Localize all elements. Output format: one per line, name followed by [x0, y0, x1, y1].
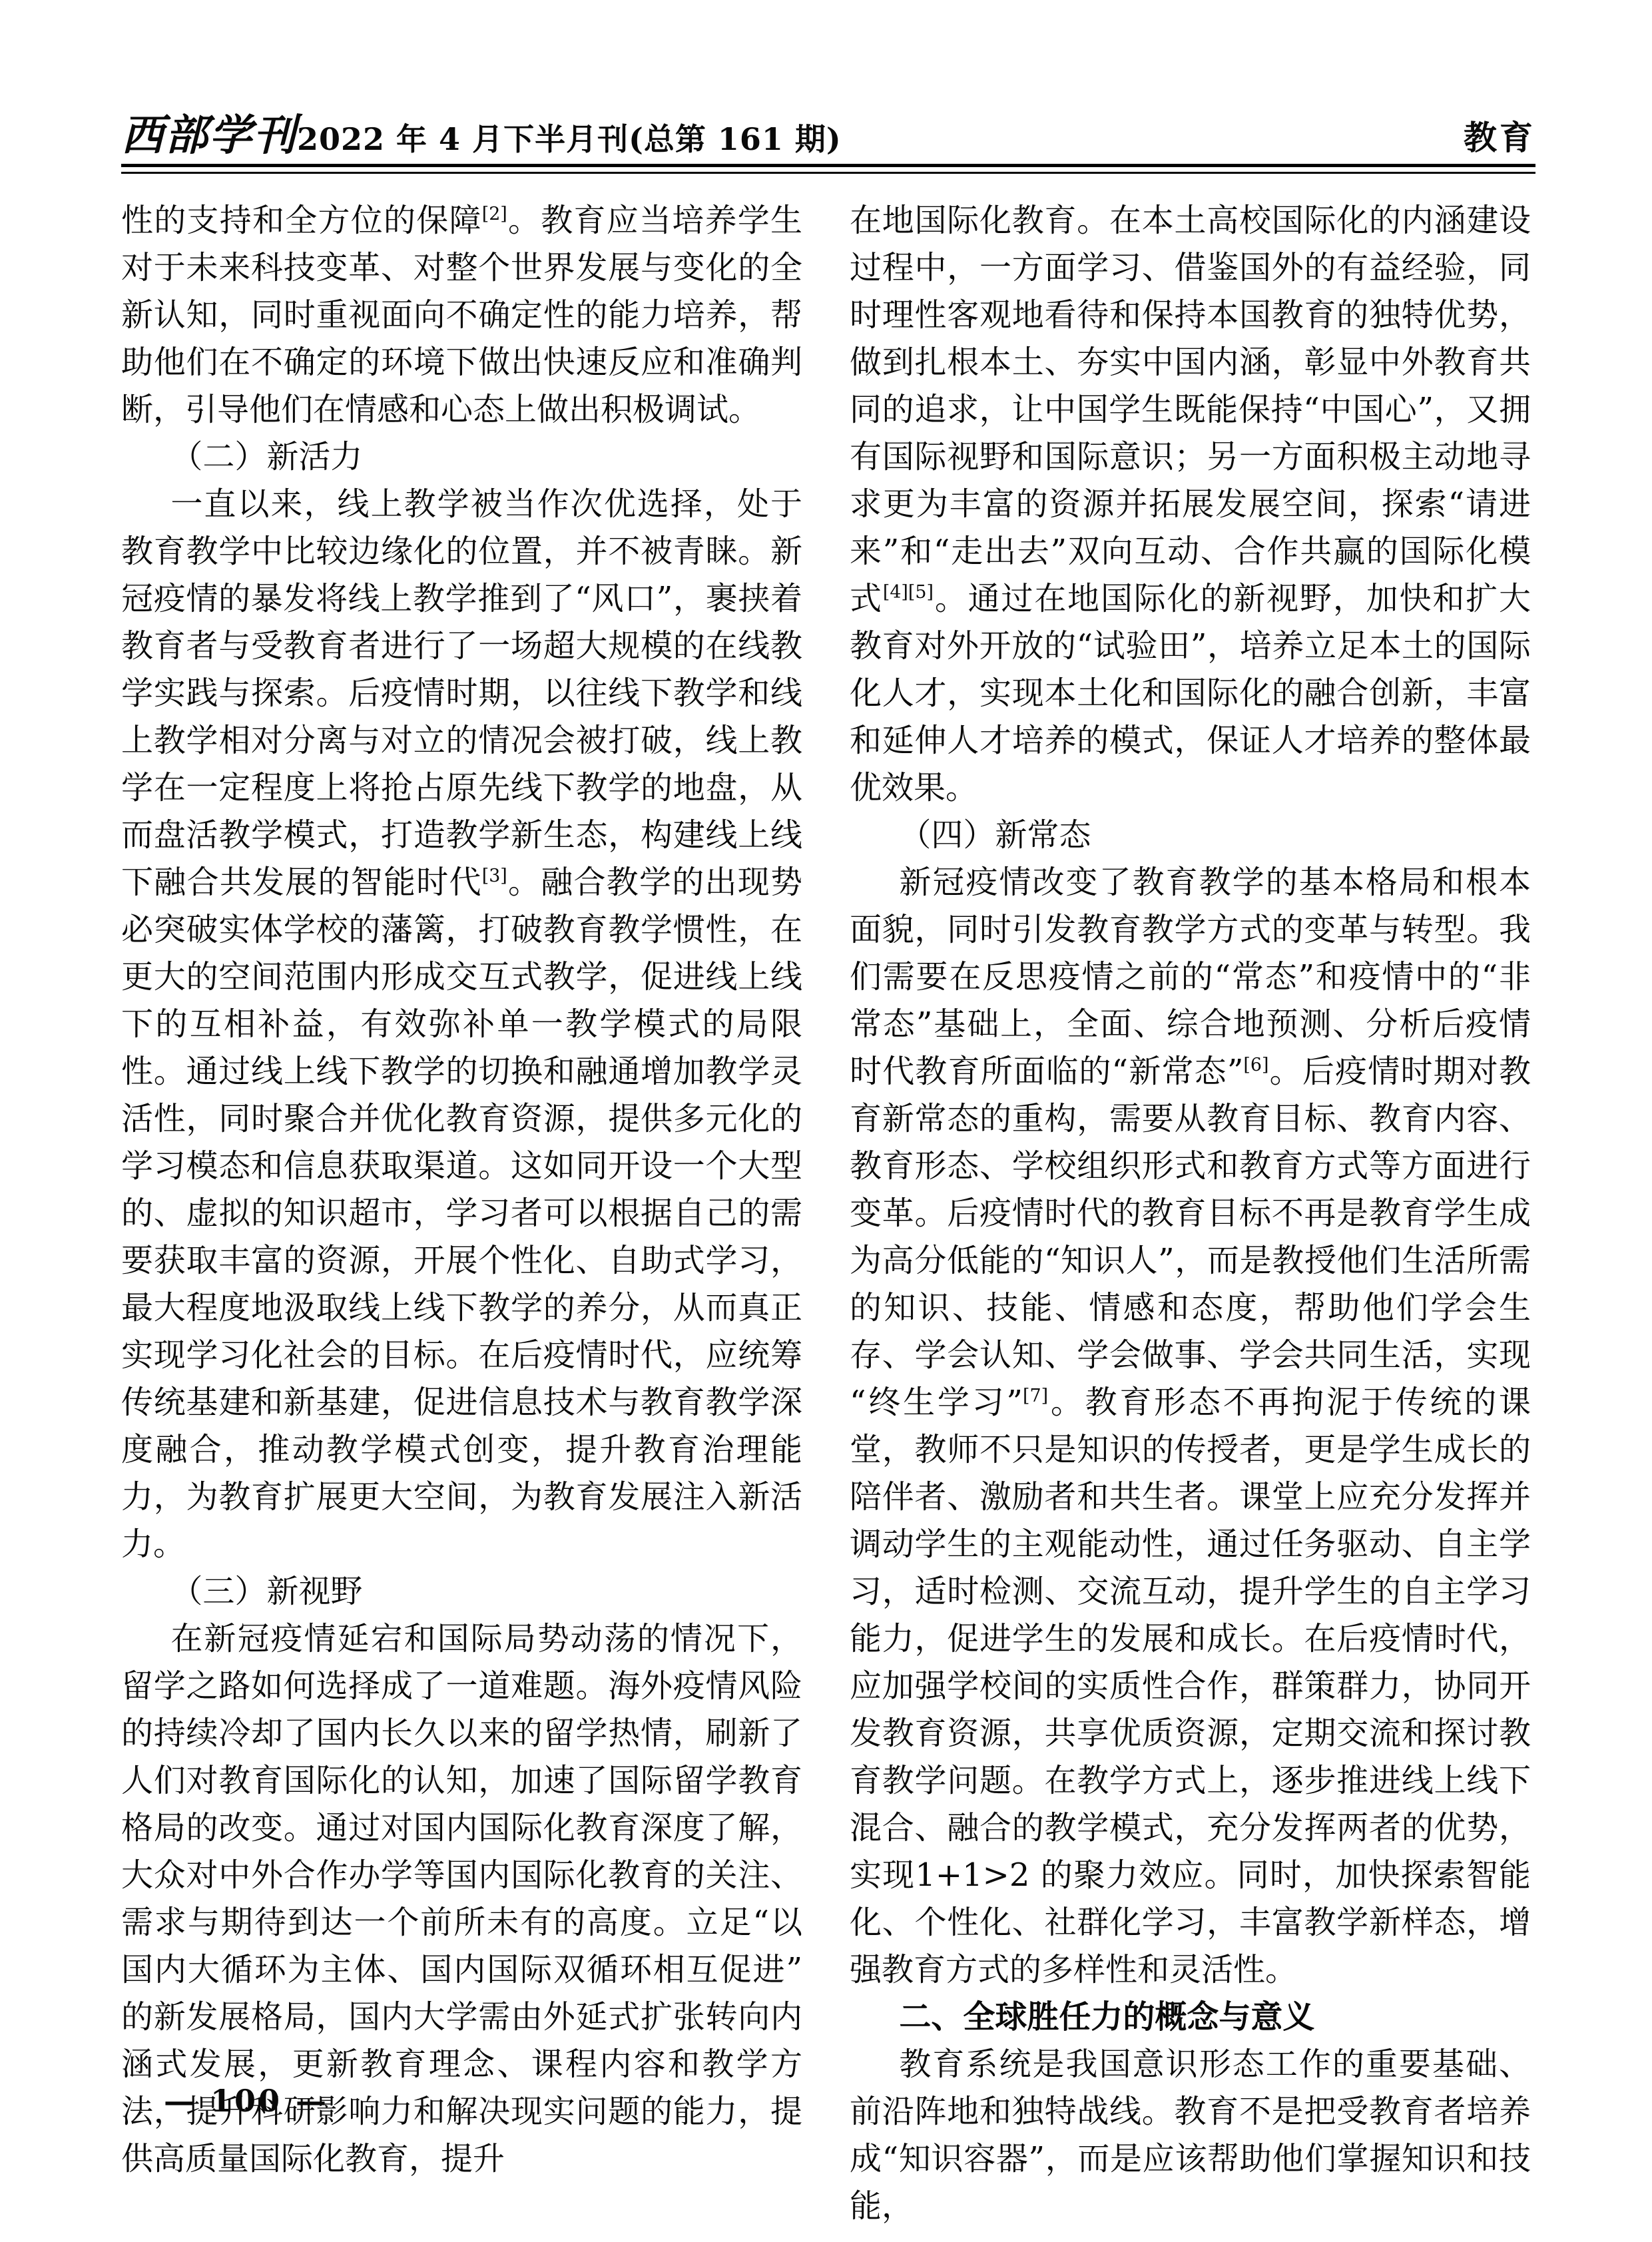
reference-marker: [2]: [482, 204, 507, 224]
column-left: 性的支持和全方位的保障[2]。教育应当培养学生对于未来科技变革、对整个世界发展与…: [121, 197, 802, 2183]
reference-marker: [5]: [908, 582, 934, 603]
journal-page: 西部学刊 2022 年 4 月下半月刊(总第 161 期) 教育 性的支持和全方…: [0, 0, 1652, 2242]
reference-marker: [3]: [482, 866, 507, 886]
paragraph: 性的支持和全方位的保障[2]。教育应当培养学生对于未来科技变革、对整个世界发展与…: [121, 197, 802, 433]
issue-info: 2022 年 4 月下半月刊(总第 161 期): [297, 124, 842, 158]
sub-heading: （四）新常态: [850, 812, 1531, 859]
reference-marker: [7]: [1023, 1386, 1048, 1406]
section-label: 教育: [1464, 121, 1535, 158]
paragraph: 一直以来，线上教学被当作次优选择，处于教育教学中比较边缘化的位置，并不被青睐。新…: [121, 481, 802, 1568]
paragraph: 教育系统是我国意识形态工作的重要基础、前沿阵地和独特战线。教育不是把受教育者培养…: [850, 2041, 1531, 2230]
column-right: 在地国际化教育。在本土高校国际化的内涵建设过程中，一方面学习、借鉴国外的有益经验…: [850, 197, 1531, 2230]
journal-logo: 西部学刊: [121, 115, 297, 158]
header-left: 西部学刊 2022 年 4 月下半月刊(总第 161 期): [121, 115, 842, 158]
main-heading: 二、全球胜任力的概念与意义: [850, 1994, 1531, 2041]
article-body: 性的支持和全方位的保障[2]。教育应当培养学生对于未来科技变革、对整个世界发展与…: [121, 197, 1531, 2230]
reference-marker: [6]: [1243, 1055, 1268, 1075]
paragraph: 新冠疫情改变了教育教学的基本格局和根本面貌，同时引发教育教学方式的变革与转型。我…: [850, 859, 1531, 1994]
page-header: 西部学刊 2022 年 4 月下半月刊(总第 161 期) 教育: [121, 105, 1535, 158]
page-footer: — 100 —: [164, 2083, 329, 2119]
sub-heading: （三）新视野: [121, 1568, 802, 1615]
page-number: — 100 —: [164, 2083, 329, 2119]
sub-heading: （二）新活力: [121, 433, 802, 481]
header-rule: [121, 164, 1535, 174]
reference-marker: [4]: [883, 582, 908, 603]
paragraph: 在地国际化教育。在本土高校国际化的内涵建设过程中，一方面学习、借鉴国外的有益经验…: [850, 197, 1531, 812]
